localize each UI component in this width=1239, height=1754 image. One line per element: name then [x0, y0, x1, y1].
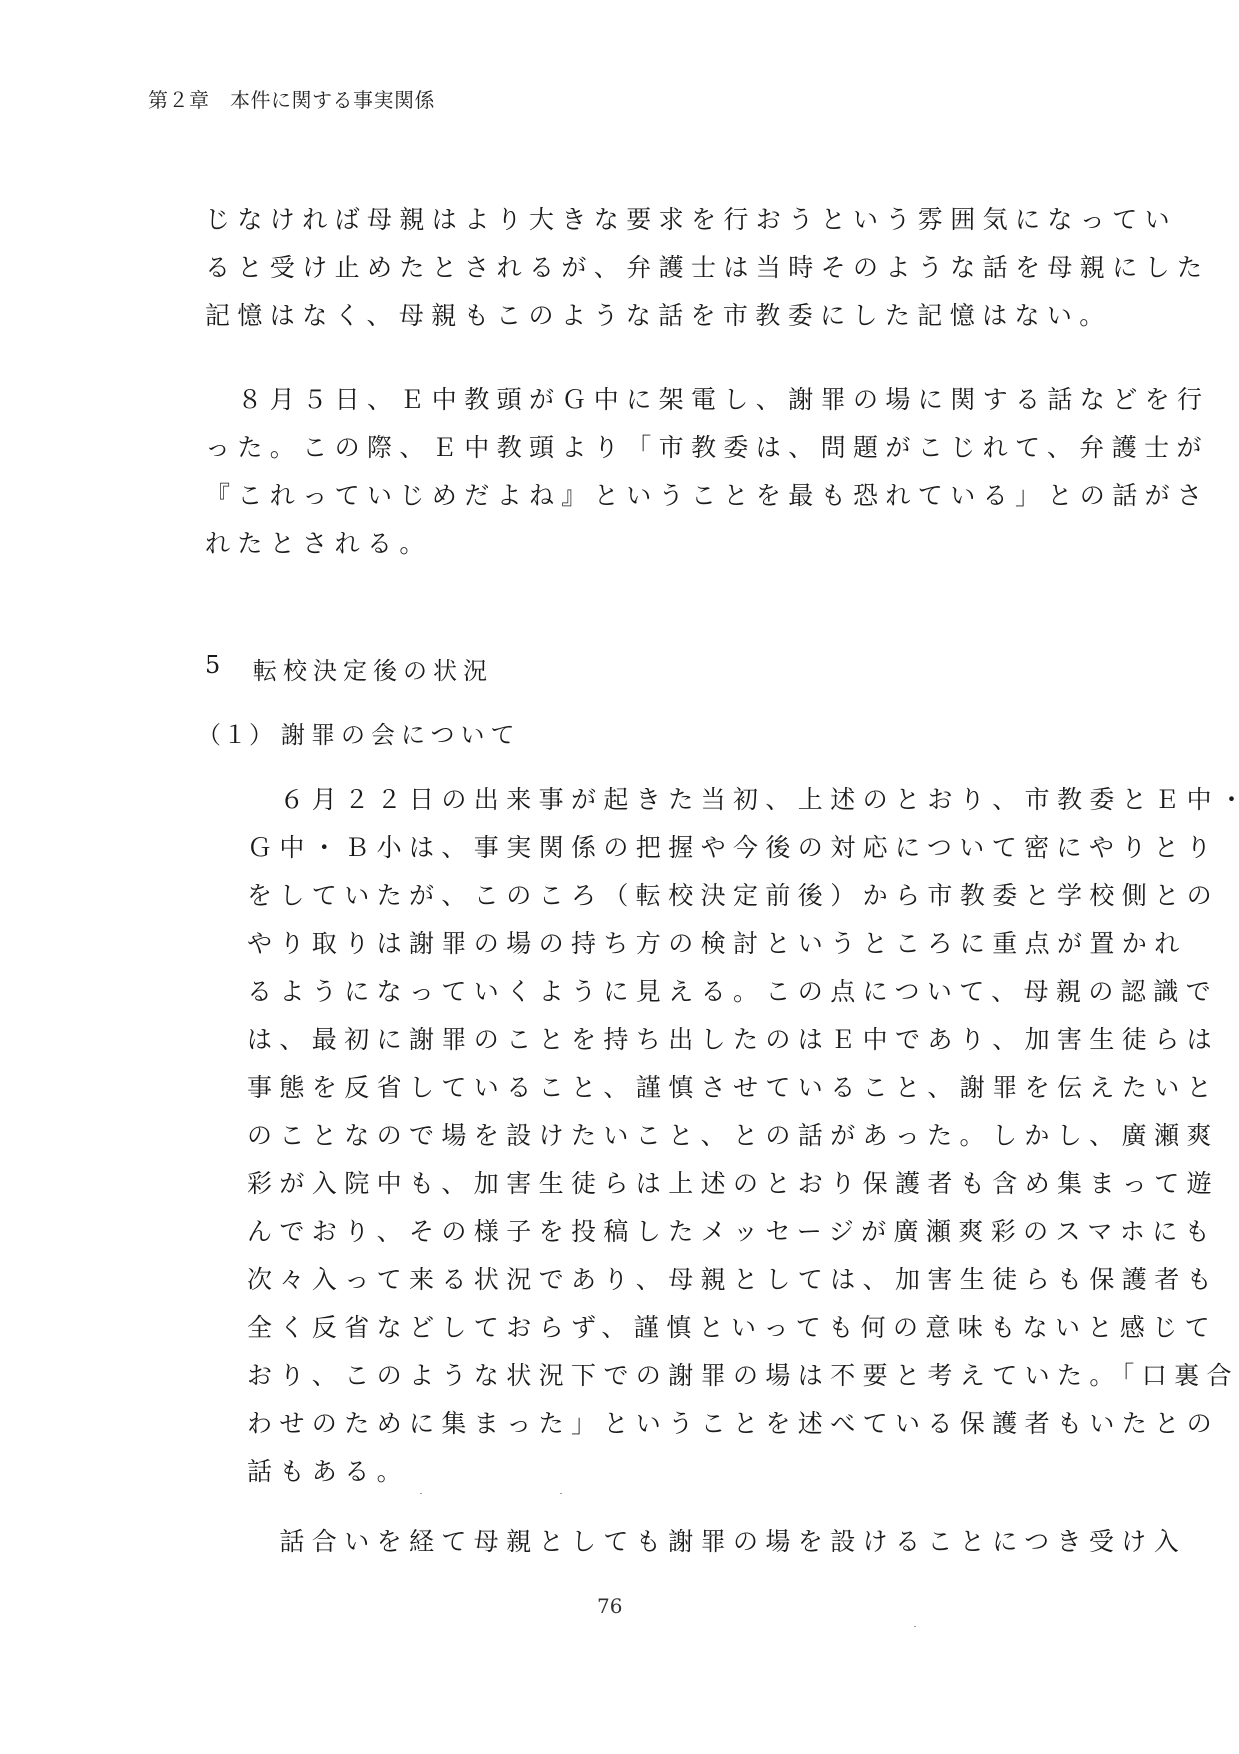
- text-line: ８月５日、Ｅ中教頭がＧ中に架電し、謝罪の場に関する話などを行: [205, 380, 1209, 416]
- text-line: った。この際、Ｅ中教頭より「市教委は、問題がこじれて、弁護士が: [205, 428, 1209, 464]
- text-line: やり取りは謝罪の場の持ち方の検討というところに重点が置かれ: [247, 924, 1187, 960]
- text-line: Ｇ中・Ｂ小は、事実関係の把握や今後の対応について密にやりとり: [247, 828, 1219, 864]
- text-line: をしていたが、このころ（転校決定前後）から市教委と学校側との: [247, 876, 1219, 912]
- text-line: おり、このような状況下での謝罪の場は不要と考えていた。「口裏合: [247, 1356, 1239, 1392]
- running-header: 第２章 本件に関する事実関係: [148, 84, 435, 113]
- scan-speck: [560, 1493, 562, 1494]
- text-line: 事態を反省していること、謹慎させていること、謝罪を伝えたいと: [247, 1068, 1219, 1104]
- text-line: わせのために集まった」ということを述べている保護者もいたとの: [247, 1404, 1219, 1440]
- text-line: 記憶はなく、母親もこのような話を市教委にした記憶はない。: [205, 296, 1112, 332]
- subsection-number: （１）: [197, 715, 275, 750]
- page-number: 76: [597, 1594, 622, 1618]
- text-line: るようになっていくように見える。この点について、母親の認識で: [247, 972, 1218, 1008]
- text-line: んでおり、その様子を投稿したメッセージが廣瀬爽彩のスマホにも: [247, 1212, 1217, 1248]
- text-line: じなければ母親はより大きな要求を行おうという雰囲気になってい: [205, 200, 1177, 236]
- text-line: ６月２２日の出来事が起きた当初、上述のとおり、市教委とＥ中・: [247, 780, 1239, 816]
- text-line: 次々入って来る状況であり、母親としては、加害生徒らも保護者も: [247, 1260, 1219, 1296]
- text-line: 話合いを経て母親としても謝罪の場を設けることにつき受け入: [247, 1522, 1186, 1558]
- text-line: ると受け止めたとされるが、弁護士は当時そのような話を母親にした: [205, 248, 1209, 284]
- text-line: のことなので場を設けたいこと、との話があった。しかし、廣瀬爽: [247, 1116, 1219, 1152]
- text-line: 『これっていじめだよね』ということを最も恐れている」との話がさ: [205, 476, 1209, 512]
- section-title: 転校決定後の状況: [253, 651, 493, 686]
- text-line: 彩が入院中も、加害生徒らは上述のとおり保護者も含め集まって遊: [247, 1164, 1219, 1200]
- text-line: 話もある。: [247, 1452, 409, 1488]
- section-number: 5: [205, 651, 226, 679]
- text-line: れたとされる。: [205, 524, 432, 560]
- scan-speck: [914, 1626, 916, 1627]
- subsection-title: 謝罪の会について: [281, 715, 521, 750]
- text-line: 全く反省などしておらず、謹慎といっても何の意味もないと感じて: [247, 1308, 1217, 1344]
- text-line: は、最初に謝罪のことを持ち出したのはＥ中であり、加害生徒らは: [247, 1020, 1219, 1056]
- document-page: 第２章 本件に関する事実関係 じなければ母親はより大きな要求を行おうという雰囲気…: [0, 0, 1239, 1754]
- scan-speck: [420, 1493, 422, 1494]
